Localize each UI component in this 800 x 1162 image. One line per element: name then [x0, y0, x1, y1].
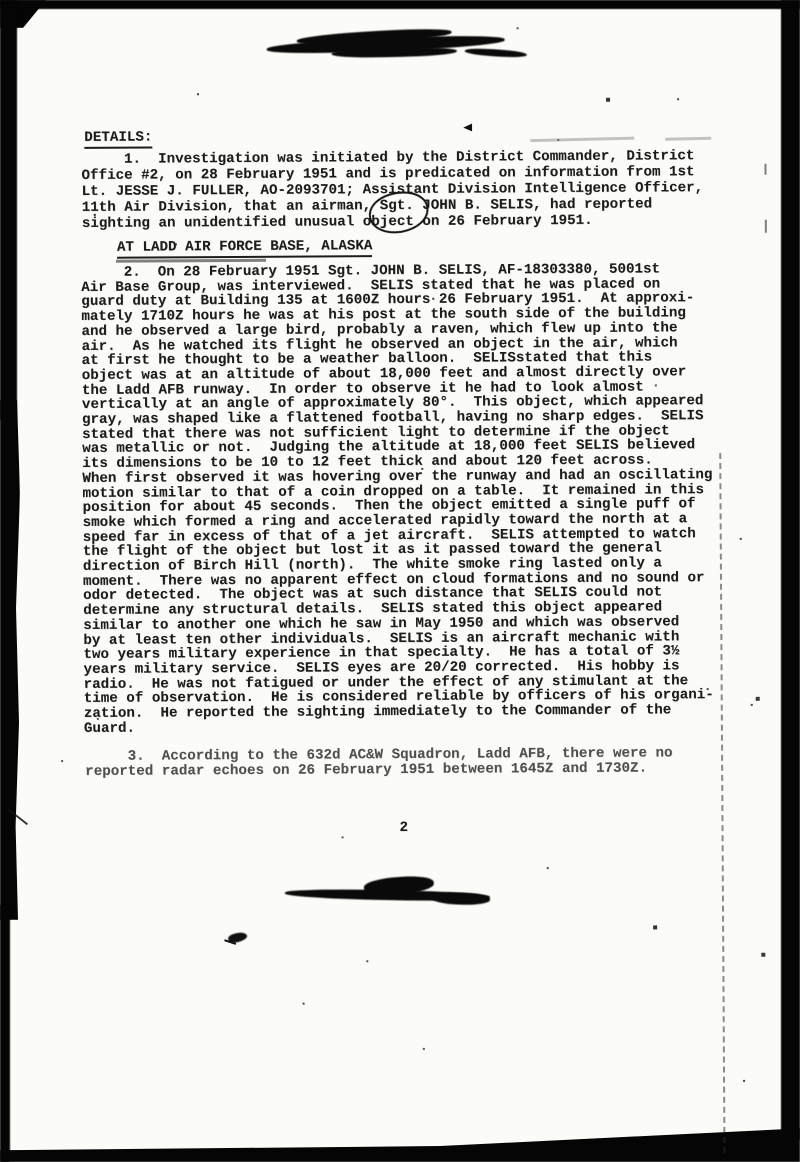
- page-number: 2: [399, 820, 408, 836]
- paper-crease-line: [719, 453, 725, 1153]
- section-heading-details: DETAILS:: [84, 130, 152, 149]
- ink-blot-mark: [463, 124, 472, 132]
- heading-underline-smear: [116, 259, 266, 263]
- paragraph-3: 3. According to the 632d AC&W Squadron, …: [85, 746, 673, 780]
- margin-tick-mark: [764, 164, 766, 175]
- redaction-smudge-bottom: [432, 892, 490, 906]
- scanned-document-page: DETAILS: 1. Investigation was initiated …: [0, 0, 800, 1162]
- faint-pencil-dash: [530, 137, 634, 142]
- paragraph-2: 2. On 28 February 1951 Sgt. JOHN B. SELI…: [81, 262, 714, 736]
- section-heading-location: AT LADD AIR FORCE BASE, ALASKA: [117, 238, 373, 259]
- faint-pencil-dash: [665, 137, 711, 141]
- redaction-smudge-top: [465, 47, 527, 58]
- margin-tick-mark: [765, 220, 767, 233]
- document-content: DETAILS: 1. Investigation was initiated …: [0, 0, 800, 1162]
